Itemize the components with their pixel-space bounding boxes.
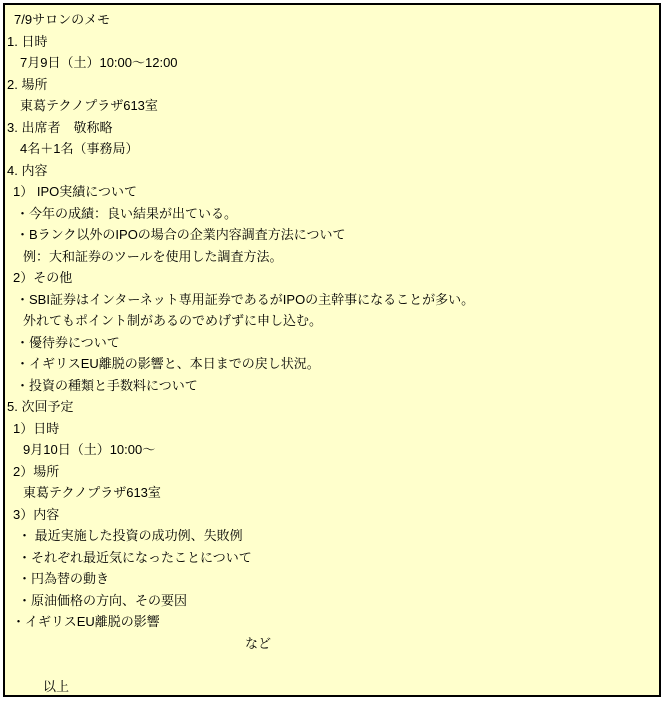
bullet-item: ・イギリスEU離脱の影響と、本日までの戻し状況。 — [5, 353, 659, 375]
section-4-sub-2-heading: 2）その他 — [5, 267, 659, 289]
bullet-item: ・それぞれ最近気になったことについて — [5, 547, 659, 569]
section-3-attendees: 4名＋1名（事務局） — [5, 138, 659, 160]
section-2-heading: 2. 場所 — [5, 74, 659, 96]
section-2-place: 東葛テクノプラザ613室 — [5, 95, 659, 117]
section-5-place: 東葛テクノプラザ613室 — [5, 482, 659, 504]
section-5-datetime: 9月10日（土）10:00～ — [5, 439, 659, 461]
section-5-sub-1-heading: 1）日時 — [5, 418, 659, 440]
bullet-item: ・円為替の動き — [5, 568, 659, 590]
bullet-item: ・Bランク以外のIPOの場合の企業内容調査方法について — [5, 224, 659, 246]
bullet-item-example: 例：大和証券のツールを使用した調査方法。 — [5, 246, 659, 268]
bullet-item: ・ 最近実施した投資の成功例、失敗例 — [5, 525, 659, 547]
section-5-sub-3-heading: 3）内容 — [5, 504, 659, 526]
bullet-item: ・SBI証券はインターネット専用証券であるがIPOの主幹事になることが多い。 — [5, 289, 659, 311]
bullet-item: ・イギリスEU離脱の影響 — [5, 611, 659, 633]
etc-label: など — [5, 633, 659, 655]
section-1-heading: 1. 日時 — [5, 31, 659, 53]
section-4-heading: 4. 内容 — [5, 160, 659, 182]
section-1-datetime: 7月9日（土）10:00～12:00 — [5, 52, 659, 74]
section-4-sub-1-heading: 1） IPO実績について — [5, 181, 659, 203]
closing-label: 以上 — [5, 676, 659, 698]
memo-title: 7/9サロンのメモ — [5, 9, 659, 31]
section-5-heading: 5. 次回予定 — [5, 396, 659, 418]
section-5-sub-2-heading: 2）場所 — [5, 461, 659, 483]
section-3-heading: 3. 出席者 敬称略 — [5, 117, 659, 139]
bullet-item: ・原油価格の方向、その要因 — [5, 590, 659, 612]
bullet-item: ・投資の種類と手数料について — [5, 375, 659, 397]
blank-line — [5, 654, 659, 676]
bullet-item-continuation: 外れてもポイント制があるのでめげずに申し込む。 — [5, 310, 659, 332]
memo-document: 7/9サロンのメモ 1. 日時 7月9日（土）10:00～12:00 2. 場所… — [3, 3, 661, 697]
bullet-item: ・優待券について — [5, 332, 659, 354]
bullet-item: ・今年の成績：良い結果が出ている。 — [5, 203, 659, 225]
